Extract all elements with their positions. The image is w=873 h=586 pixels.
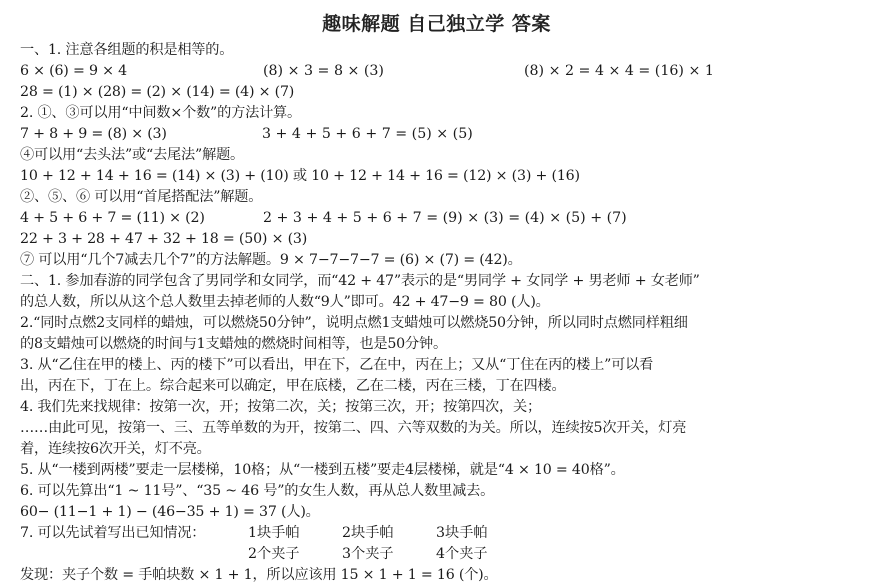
s2-q1-line1: 二、1. 参加春游的同学包含了男同学和女同学，而“42 + 47”表示的是“男同… [20, 271, 700, 292]
s2-q7-intro: 7. 可以先试着写出已知情况： [20, 523, 205, 544]
s2-q7-handkerchief-2: 2块手帕 [342, 523, 394, 544]
s1-q2-row1-a: 7 + 8 + 9 = (8) × (3) [20, 124, 167, 145]
s2-q3-line2: 出，丙在下，丁在上。综合起来可以确定，甲在底楼，乙在二楼，丙在三楼，丁在四楼。 [20, 376, 566, 397]
s1-q2-sub4-heading: ④可以用“去头法”或“去尾法”解题。 [20, 145, 244, 166]
s2-q7-clip-1: 2个夹子 [248, 544, 300, 565]
s2-q3-line1: 3. 从“乙住在甲的楼上、丙的楼下”可以看出，甲在下，乙在中，丙在上；又从“丁住… [20, 355, 653, 376]
s1-q2-sub256-row1-b: 2 + 3 + 4 + 5 + 6 + 7 = (9) × (3) = (4) … [263, 208, 627, 229]
s1-q2-sub256-row1-a: 4 + 5 + 6 + 7 = (11) × (2) [20, 208, 205, 229]
s2-q7-handkerchief-1: 1块手帕 [248, 523, 300, 544]
s2-q4-line1: 4. 我们先来找规律：按第一次，开；按第二次，关；按第三次，开；按第四次，关； [20, 397, 541, 418]
s1-q2-sub4-equation: 10 + 12 + 14 + 16 = (14) × (3) + (10) 或 … [20, 166, 580, 187]
s2-q4-line3: 着，连续按6次开关，灯不亮。 [20, 439, 211, 460]
s1-q2-row1-b: 3 + 4 + 5 + 6 + 7 = (5) × (5) [262, 124, 473, 145]
s2-q6-line1: 6. 可以先算出“1 ~ 11号”、“35 ~ 46 号”的女生人数，再从总人数… [20, 481, 494, 502]
s2-q1-line2: 的总人数，所以从这个总人数里去掉老师的人数“9人”即可。42 + 47−9 = … [20, 292, 550, 313]
s1-q1-row2: 28 = (1) × (28) = (2) × (14) = (4) × (7) [20, 82, 294, 103]
s2-q6-line2: 60− (11−1 + 1) − (46−35 + 1) = 37 (人)。 [20, 502, 320, 523]
s2-q7-handkerchief-3: 3块手帕 [436, 523, 488, 544]
s2-q7-conclusion: 发现：夹子个数 = 手帕块数 × 1 + 1，所以应该用 15 × 1 + 1 … [20, 565, 498, 586]
s1-q2-sub256-heading: ②、⑤、⑥ 可以用“首尾搭配法”解题。 [20, 187, 262, 208]
s1-q1-row1-b: (8) × 3 = 8 × (3) [263, 61, 384, 82]
s1-q1-heading: 一、1. 注意各组题的积是相等的。 [20, 40, 233, 61]
s2-q2-line2: 的8支蜡烛可以燃烧的时间与1支蜡烛的燃烧时间相等，也是50分钟。 [20, 334, 447, 355]
s1-q2-sub7: ⑦ 可以用“几个7减去几个7”的方法解题。9 × 7−7−7−7 = (6) ×… [20, 250, 522, 271]
s2-q2-line1: 2.“同时点燃2支同样的蜡烛，可以燃烧50分钟”，说明点燃1支蜡烛可以燃烧50分… [20, 313, 688, 334]
s1-q2-sub256-row2: 22 + 3 + 28 + 47 + 32 + 18 = (50) × (3) [20, 229, 307, 250]
s2-q5: 5. 从“一楼到两楼”要走一层楼梯，10格；从“一楼到五楼”要走4层楼梯，就是“… [20, 460, 625, 481]
s2-q7-clip-3: 4个夹子 [436, 544, 488, 565]
document-title: 趣味解题 自己独立学 答案 [0, 9, 873, 36]
s2-q7-clip-2: 3个夹子 [342, 544, 394, 565]
s1-q1-row1-a: 6 × (6) = 9 × 4 [20, 61, 127, 82]
s2-q4-line2: ……由此可见，按第一、三、五等单数的为开，按第二、四、六等双数的为关。所以，连续… [20, 418, 686, 439]
s1-q2-heading: 2. ①、③可以用“中间数×个数”的方法计算。 [20, 103, 301, 124]
s1-q1-row1-c: (8) × 2 = 4 × 4 = (16) × 1 [524, 61, 714, 82]
